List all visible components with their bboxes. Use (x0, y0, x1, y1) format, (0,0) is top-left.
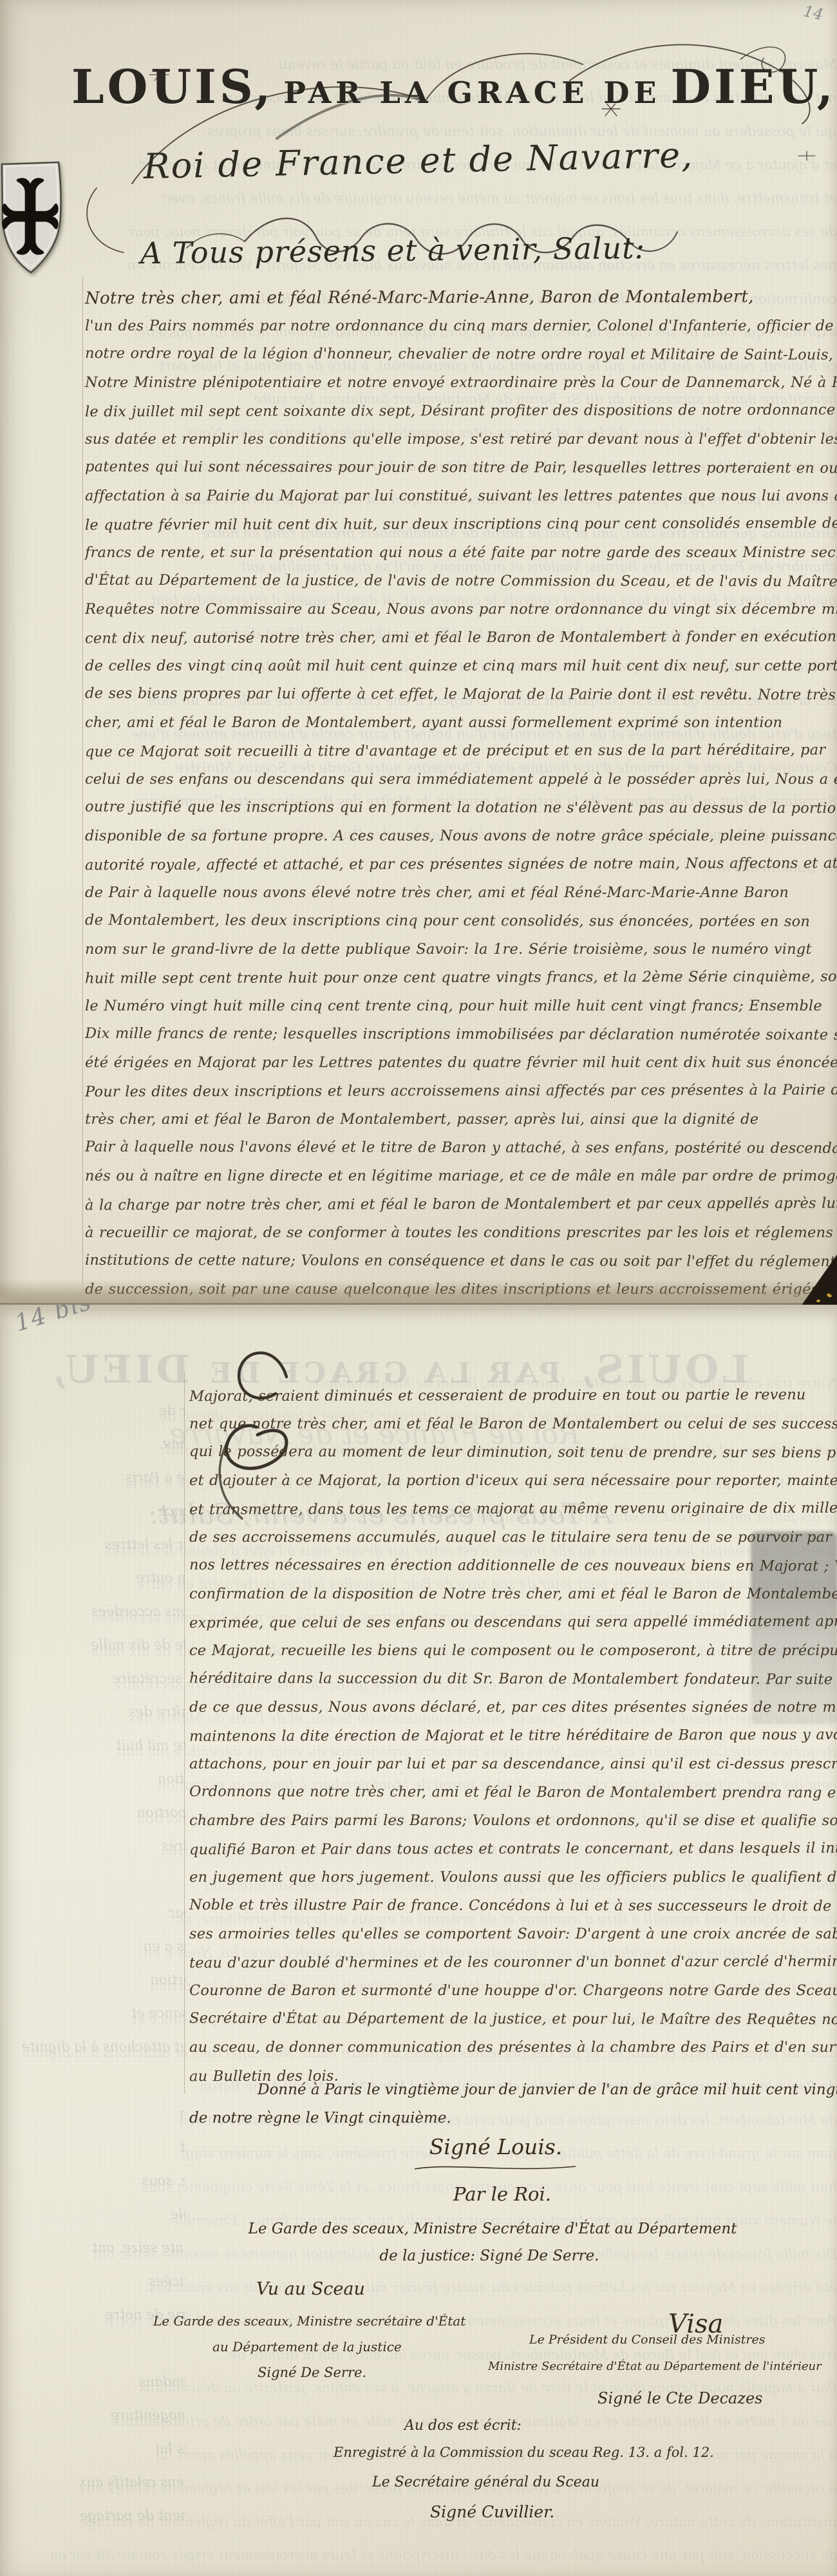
manuscript-line: à recueillir ce majorat, de se conformer… (85, 1218, 837, 1247)
left-garde-line: Le Garde des sceaux, Ministre secrétaire… (153, 2313, 466, 2329)
bleedthrough-line: notre ordre royal de la légion d'honneur… (0, 1427, 185, 1461)
bleedthrough-line: affectation à sa Pairie du Majorat par l… (0, 1595, 185, 1628)
manuscript-line: très cher, ami et féal le Baron de Monta… (85, 1105, 837, 1133)
bleedthrough-line: de ses biens propres par lui offerte à c… (0, 1829, 185, 1862)
title-word-louis: LOUIS, (71, 59, 274, 114)
manuscript-line: nom sur le grand-livre de la dette publi… (85, 935, 837, 963)
bleedthrough-line: été érigées en Majorat par les Lettres p… (0, 2271, 837, 2304)
registration-line: Enregistré à la Commission du sceau Reg.… (334, 2445, 714, 2460)
secretaire-general-line: Le Secrétaire général du Sceau (372, 2474, 599, 2490)
bleedthrough-line: celui de ses enfans ou descendans qui se… (0, 1929, 185, 1963)
bleedthrough-line: de succession, soit par une cause quelco… (0, 2532, 185, 2539)
manuscript-line: Notre Ministre plénipotentiaire et notre… (85, 368, 837, 397)
bleedthrough-line: de succession, soit par une cause quelco… (0, 2539, 837, 2572)
manuscript-line: celui de ses enfans ou descendans qui se… (85, 765, 837, 793)
annotation-vu-au-sceau: Vu au Sceau (256, 2279, 365, 2299)
manuscript-body-page1: Notre très cher, ami et féal Réné-Marc-M… (85, 283, 837, 1303)
manuscript-line: chambre des Pairs parmi les Barons; Voul… (189, 1806, 837, 1835)
signature-par-le-roi: Par le Roi. (412, 2183, 592, 2205)
bleedthrough-line: Requêtes notre Commissaire au Sceau, Nou… (0, 1728, 185, 1762)
manuscript-line: d'État au Département de la justice, de … (85, 566, 837, 596)
coat-of-arms-shield-icon (0, 161, 62, 277)
manuscript-line: confirmation de la disposition de Notre … (189, 1580, 837, 1608)
left-dept-line: au Département de la justice (212, 2339, 402, 2354)
manuscript-line: Pair à laquelle nous l'avons élevé et le… (85, 1133, 837, 1162)
manuscript-line: de celles des vingt cinq août mil huit c… (85, 652, 837, 680)
manuscript-line: Ordonnons que notre très cher, ami et fé… (189, 1777, 837, 1807)
bleedthrough-line: outre justifié que les inscriptions qui … (0, 1963, 185, 1996)
closing-reign-line: de notre règne le Vingt cinquième. (189, 2110, 451, 2126)
bleedthrough-line: le Numéro vingt huit mille cinq cent tre… (0, 2197, 185, 2231)
bleedthrough-line: de celles des vingt cinq août mil huit c… (0, 1795, 185, 1829)
signature-cuvillier: Signé Cuvillier. (430, 2503, 554, 2521)
manuscript-line: cent dix neuf, autorisé notre très cher,… (85, 622, 837, 652)
bleedthrough-line: le quatre février mil huit cent dix huit… (0, 1628, 185, 1662)
manuscript-line: huit mille sept cent trente huit pour on… (85, 962, 837, 992)
page-recto: Majorat, seraient diminués et cesseraien… (0, 0, 837, 1305)
manuscript-line: teau d'azur doublé d'hermines et de les … (189, 1947, 837, 1978)
document-salutation: A Tous présens et à venir, Salut: (52, 229, 735, 271)
bleedthrough-line: le dix juillet mil sept cent soixante di… (0, 1494, 185, 1528)
manuscript-line: Secrétaire d'État au Département de la j… (189, 2004, 837, 2034)
manuscript-line: Noble et très illustre Pair de france. C… (189, 1891, 837, 1920)
manuscript-line: et transmettre, dans tous les tems ce ma… (189, 1494, 837, 1524)
bleedthrough-line: Pair à laquelle nous l'avons élevé et le… (0, 2365, 185, 2398)
manuscript-line: nés ou à naître en ligne directe et en l… (85, 1162, 837, 1190)
manuscript-line: exprimée, que celui de ses enfans ou des… (189, 1607, 837, 1638)
bleedthrough-line: à recueillir ce majorat, de se conformer… (0, 2465, 185, 2499)
manuscript-line: de ses biens propres par lui offerte à c… (85, 679, 837, 709)
bleedthrough-line: Notre très cher, ami et féal Réné-Marc-M… (0, 1360, 185, 1394)
fold-line (184, 1372, 185, 2094)
manuscript-line: affectation à sa Pairie du Majorat par l… (85, 482, 837, 510)
manuscript-line: disponible de sa fortune propre. A ces c… (85, 822, 837, 850)
manuscript-line: attachons, pour en jouir par lui et par … (189, 1750, 837, 1778)
closing-date-line: Donné à Paris le vingtième jour de janvi… (258, 2081, 837, 2098)
bleedthrough-line: cent dix neuf, autorisé notre très cher,… (0, 1762, 185, 1795)
bleedthrough-line: autorité royale, affecté et attaché, et … (0, 2030, 185, 2063)
manuscript-body-page2: Majorat, seraient diminués et cesseraien… (189, 1381, 837, 2090)
manuscript-line: francs de rente, et sur la présentation … (85, 538, 837, 567)
document-subtitle: Roi de France et de Navarre, (70, 133, 766, 189)
bleedthrough-line: sus datée et remplir les conditions qu'e… (0, 1528, 185, 1561)
manuscript-line: qui le possédera au moment de leur dimin… (189, 1437, 837, 1467)
bleedthrough-line: très cher, ami et féal le Baron de Monta… (0, 2331, 185, 2365)
bleedthrough-line: patentes qui lui sont nécessaires pour j… (0, 1561, 185, 1595)
bleedthrough-line: cher, ami et féal le Baron de Montalembe… (0, 1862, 185, 1896)
signature-decazes: Signé le Cte Decazes (597, 2389, 762, 2407)
bleedthrough-line: institutions de cette nature; Voulons en… (0, 2499, 185, 2532)
bleedthrough-line: disponible de sa fortune propre. A ces c… (0, 1996, 185, 2030)
manuscript-line: de Montalembert, les deux inscriptions c… (85, 906, 837, 936)
bleedthrough-line: Dix mille francs de rente; lesquelles in… (0, 2231, 185, 2264)
bleedthrough-line: de Montalembert, les deux inscriptions c… (0, 2097, 185, 2130)
manuscript-line: à la charge par notre très cher, ami et … (85, 1189, 837, 1219)
manuscript-line: le Numéro vingt huit mille cinq cent tre… (85, 992, 837, 1020)
manuscript-line: nos lettres nécessaires en érection addi… (189, 1551, 837, 1580)
manuscript-line: institutions de cette nature; Voulons en… (85, 1246, 837, 1276)
signature-louis: Signé Louis. (386, 2134, 605, 2159)
manuscript-line: Dix mille francs de rente; lesquelles in… (85, 1019, 837, 1049)
manuscript-line: Requêtes notre Commissaire au Sceau, Nou… (85, 595, 837, 623)
manuscript-line: Majorat, seraient diminués et cesseraien… (189, 1381, 837, 1411)
manuscript-line: autorité royale, affecté et attaché, et … (85, 849, 837, 879)
manuscript-line: de ses accroissemens accumulés, auquel c… (189, 1523, 837, 1551)
bleedthrough-line: d'État au Département de la justice, de … (0, 1695, 185, 1728)
bleedthrough-line: francs de rente, et sur la présentation … (0, 1662, 185, 1695)
manuscript-line: net que notre très cher, ami et féal le … (189, 1410, 837, 1438)
right-ministre-line: Ministre Secrétaire d'État au Départemen… (488, 2360, 822, 2373)
bleedthrough-margin-column: Notre très cher, ami et féal Réné-Marc-M… (0, 1360, 185, 2539)
manuscript-line: qualifié Baron et Pair dans tous actes e… (189, 1834, 837, 1864)
margin-rule (82, 277, 83, 1285)
manuscript-line: été érigées en Majorat par les Lettres p… (85, 1048, 837, 1077)
gilt-fleck (826, 1293, 832, 1298)
bleedthrough-line: à la charge par notre très cher, ami et … (0, 2432, 185, 2465)
signature-garde-line1: Le Garde des sceaux, Ministre Secrétaire… (245, 2221, 740, 2237)
manuscript-line: au sceau, de donner communication des pr… (189, 2033, 837, 2061)
manuscript-line: cher, ami et féal le Baron de Montalembe… (85, 708, 837, 737)
bleedthrough-line: nés ou à naître en ligne directe et en l… (0, 2398, 185, 2432)
manuscript-line: que ce Majorat soit recueilli à titre d'… (85, 735, 837, 766)
bleedthrough-line: institutions de cette nature; Voulons en… (0, 2505, 837, 2539)
manuscript-line: et d'ajouter à ce Majorat, la portion d'… (189, 1466, 837, 1495)
bleedthrough-line: huit mille sept cent trente huit pour on… (0, 2164, 185, 2197)
title-word-dieu: DIEU, (671, 59, 836, 114)
manuscript-line: notre ordre royal de la légion d'honneur… (85, 339, 837, 369)
manuscript-line: l'un des Pairs nommés par notre ordonnan… (85, 312, 837, 340)
manuscript-line: de Pair à laquelle nous avons élevé notr… (85, 878, 837, 907)
manuscript-line: sus datée et remplir les conditions qu'e… (85, 425, 837, 453)
manuscript-line: maintenons la dite érection de Majorat e… (189, 1721, 837, 1751)
bleedthrough-line: été érigées en Majorat par les Lettres p… (0, 2264, 185, 2298)
manuscript-line: outre justifié que les inscriptions qui … (85, 793, 837, 822)
bleedthrough-line: nom sur le grand-livre de la dette publi… (0, 2130, 185, 2164)
document-title: LOUIS, PAR LA GRACE DE DIEU, (71, 59, 837, 114)
manuscript-line: ses armoiries telles qu'elles se comport… (189, 1920, 837, 1948)
right-president-line: Le Président du Conseil des Ministres (529, 2333, 766, 2347)
manuscript-scan: Majorat, seraient diminués et cesseraien… (0, 0, 837, 2576)
manuscript-line: héréditaire dans la succession du dit Sr… (189, 1664, 837, 1694)
folio-number-pencil: 14 (802, 2, 825, 24)
bleedthrough-line: Notre Ministre plénipotentiaire et notre… (0, 1461, 185, 1494)
page-edge (0, 1280, 837, 1305)
bleedthrough-line: que ce Majorat soit recueilli à titre d'… (0, 1896, 185, 1929)
signature-garde-line2: de la justice: Signé De Serre. (303, 2248, 676, 2264)
manuscript-line: de ce que dessus, Nous avons déclaré, et… (189, 1693, 837, 1721)
title-middle: PAR LA GRACE DE (277, 75, 667, 110)
manuscript-line: en jugement que hors jugement. Voulons a… (189, 1863, 837, 1891)
bleedthrough-line: de Pair à laquelle nous avons élevé notr… (0, 2063, 185, 2097)
annotation-au-dos: Au dos est écrit: (404, 2418, 522, 2434)
manuscript-line: Pour les dites deux inscriptions et leur… (85, 1075, 837, 1106)
manuscript-line: ce Majorat, recueille les biens qui le c… (189, 1636, 837, 1665)
signature-de-serre: Signé De Serre. (258, 2365, 366, 2380)
manuscript-line: Notre très cher, ami et féal Réné-Marc-M… (85, 282, 837, 312)
manuscript-line: Couronne de Baron et surmonté d'une houp… (189, 1976, 837, 2005)
manuscript-line: patentes qui lui sont nécessaires pour j… (85, 453, 837, 482)
folio-number-pencil: 14 bis (12, 1305, 95, 1337)
gilt-fleck (816, 1299, 821, 1302)
page-verso: LOUIS, PAR LA GRACE DE DIEU, Roi de Fran… (0, 1305, 837, 2576)
manuscript-line: le quatre février mil huit cent dix huit… (85, 509, 837, 539)
manuscript-line: le dix juillet mil sept cent soixante di… (85, 395, 837, 426)
signature-flourish-icon (412, 2164, 579, 2173)
bleedthrough-line: l'un des Pairs nommés par notre ordonnan… (0, 1394, 185, 1427)
